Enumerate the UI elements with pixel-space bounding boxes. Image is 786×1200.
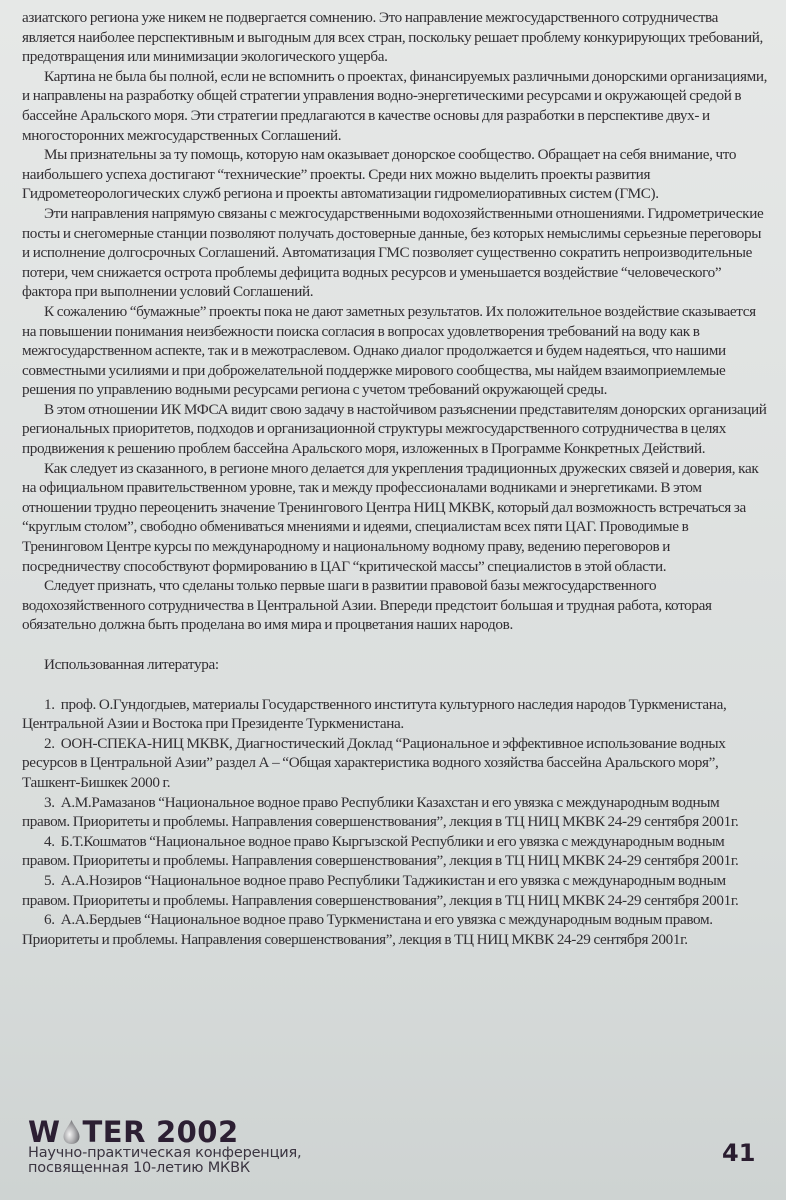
reference-item: 1.проф. О.Гундогдыев, материалы Государс… [22,695,770,734]
reference-item: 2.ООН-СПЕКА-НИЦ МКВК, Диагностический До… [22,734,770,793]
logo-year: 2002 [156,1118,239,1146]
reference-number: 6. [44,911,55,928]
references-list: 1.проф. О.Гундогдыев, материалы Государс… [22,695,770,950]
reference-text: А.А.Бердыев “Национальное водное право Т… [22,911,713,948]
conference-subtitle-line-2: посвященная 10-летию МКВК [28,1161,301,1176]
reference-number: 1. [44,696,55,713]
paragraph: В этом отношении ИК МФСА видит свою зада… [22,400,770,459]
reference-text: Б.Т.Кошматов “Национальное водное право … [22,833,738,870]
reference-item: 3.А.М.Рамазанов “Национальное водное пра… [22,793,770,832]
reference-item: 4.Б.Т.Кошматов “Национальное водное прав… [22,832,770,871]
article-body: азиатского региона уже никем не подверга… [22,8,770,949]
conference-subtitle-line-1: Научно-практическая конференция, [28,1146,301,1161]
paragraph: азиатского региона уже никем не подверга… [22,8,770,67]
water-drop-icon [62,1119,81,1145]
reference-text: А.М.Рамазанов “Национальное водное право… [22,794,738,831]
paragraph: Следует признать, что сделаны только пер… [22,576,770,635]
logo-letters-ter: TER [83,1118,146,1146]
reference-number: 4. [44,833,55,850]
conference-logo: W TER 2002 Научно-практическая конфе [28,1118,301,1176]
paragraph: Как следует из сказанного, в регионе мно… [22,459,770,577]
logo-letter-w: W [28,1118,61,1146]
reference-number: 2. [44,735,55,752]
page-number: 41 [722,1139,755,1167]
reference-item: 5.А.А.Нозиров “Национальное водное право… [22,871,770,910]
paragraph: Эти направления напрямую связаны с межго… [22,204,770,302]
reference-text: проф. О.Гундогдыев, материалы Государств… [22,696,726,733]
reference-number: 3. [44,794,55,811]
paragraph: Картина не была бы полной, если не вспом… [22,67,770,145]
reference-text: А.А.Нозиров “Национальное водное право Р… [22,872,738,909]
reference-number: 5. [44,872,55,889]
reference-text: ООН-СПЕКА-НИЦ МКВК, Диагностический Докл… [22,735,725,791]
reference-item: 6.А.А.Бердыев “Национальное водное право… [22,910,770,949]
document-page: азиатского региона уже никем не подверга… [0,0,786,1200]
logo-wordmark: W TER 2002 [28,1118,301,1146]
paragraph: Мы признательны за ту помощь, которую на… [22,145,770,204]
paragraph: К сожалению “бумажные” проекты пока не д… [22,302,770,400]
references-heading: Использованная литература: [44,655,770,675]
